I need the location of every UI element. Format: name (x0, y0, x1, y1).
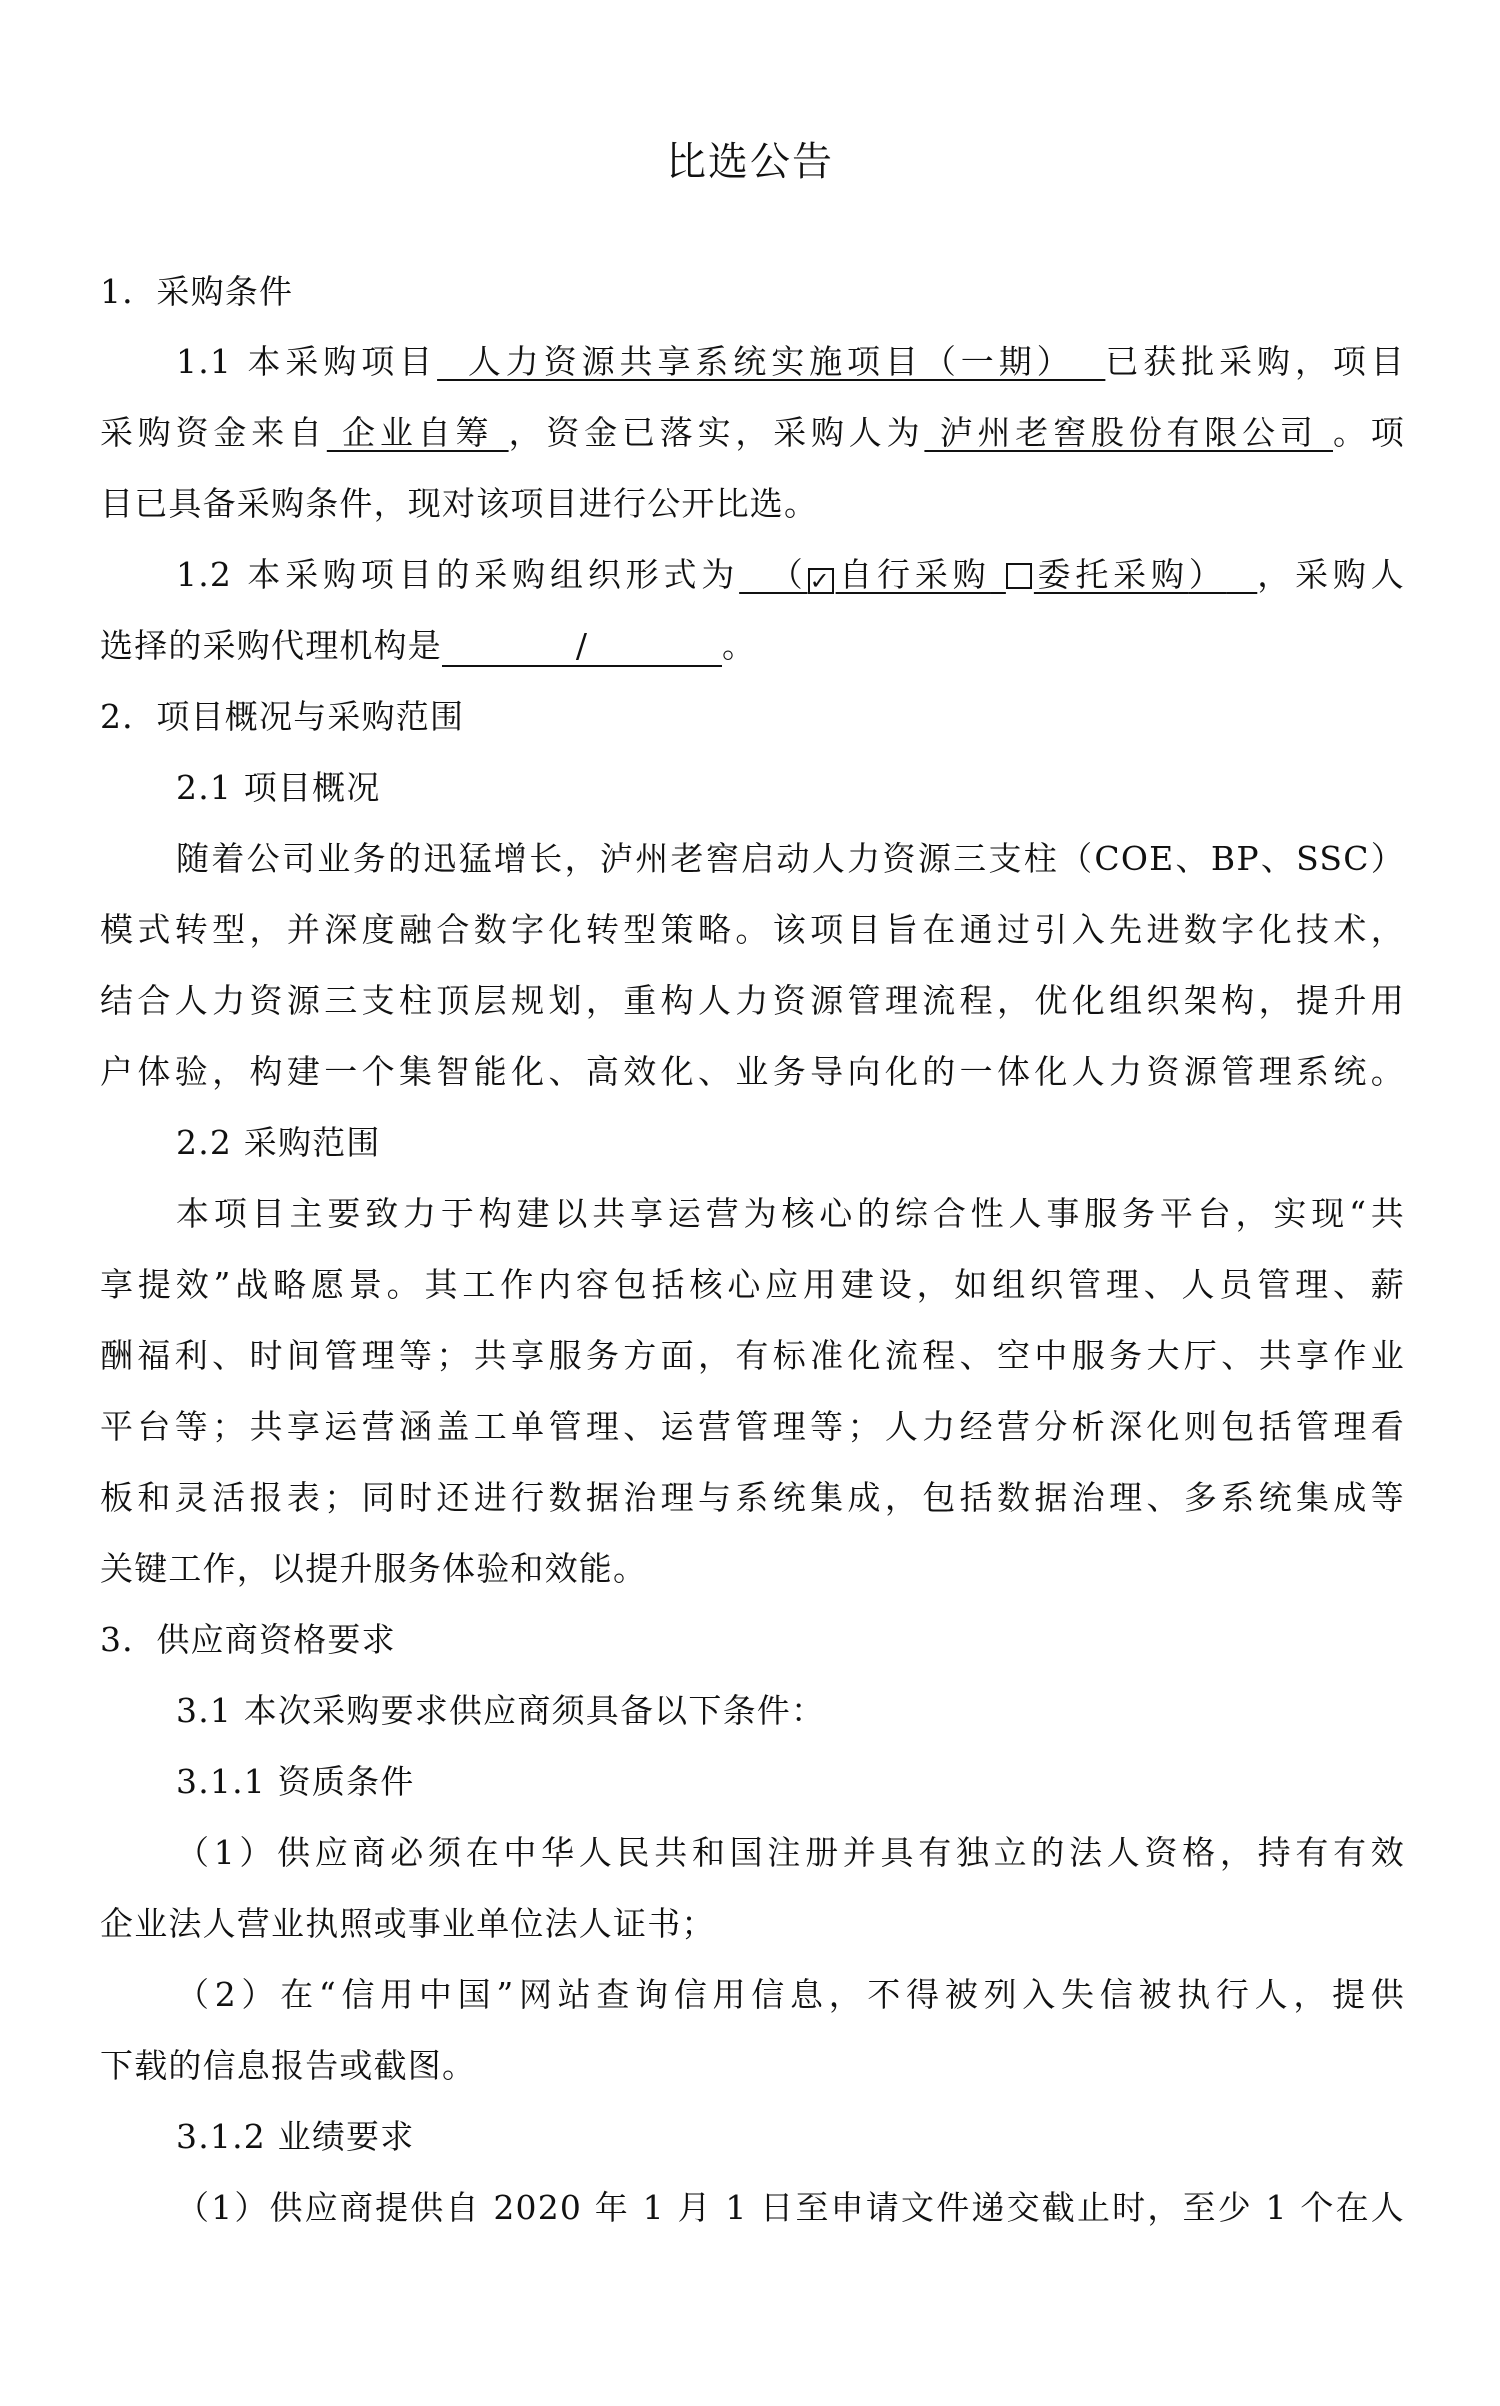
para-1-2-line-2: 选择的采购代理机构是/。 (100, 621, 1405, 671)
qualification-item-2-line: 下载的信息报告或截图。 (100, 2041, 1405, 2091)
para-2-1-line: 结合人力资源三支柱顶层规划，重构人力资源管理流程，优化组织架构，提升用 (100, 976, 1405, 1026)
agency-value: / (576, 626, 588, 665)
sub-3-1-2-heading: 3.1.2 业绩要求 (176, 2112, 1405, 2162)
agency-prefix: 选择的采购代理机构是 (100, 626, 442, 665)
qualification-item-1-line: 企业法人营业执照或事业单位法人证书； (100, 1899, 1405, 1949)
para-2-2-line: 本项目主要致力于构建以共享运营为核心的综合性人事服务平台，实现“共 (176, 1189, 1405, 1239)
para-1-1-line-2: 采购资金来自 企业自筹 ，资金已落实，采购人为 泸州老窖股份有限公司 。项 (100, 408, 1405, 458)
close-paren: ） (1189, 555, 1227, 594)
page-title: 比选公告 (0, 132, 1500, 192)
agency-suffix: 。 (722, 626, 756, 665)
entrusted-procurement-checkbox-icon (1006, 563, 1032, 589)
self-procurement-checkbox-icon: ✓ (808, 568, 834, 594)
para-1-2-line-1: 1.2 本采购项目的采购组织形式为 （✓自行采购 委托采购） ，采购人 (176, 550, 1405, 600)
para-1-1-prefix: 1.1 本采购项目 (176, 342, 437, 381)
para-2-1-line: 随着公司业务的迅猛增长，泸州老窖启动人力资源三支柱（COE、BP、SSC） (176, 834, 1405, 884)
para-1-2-suffix: ，采购人 (1257, 555, 1405, 594)
sub-2-1-heading: 2.1 项目概况 (176, 763, 1405, 813)
section-1-heading: 1．采购条件 (100, 267, 1405, 317)
document-page: 比选公告 1．采购条件 1.1 本采购项目 人力资源共享系统实施项目（一期） 已… (0, 0, 1500, 2406)
open-paren: （ (739, 555, 807, 594)
self-procurement-label: 自行采购 (836, 555, 991, 594)
section-2-heading: 2．项目概况与采购范围 (100, 692, 1405, 742)
entrusted-procurement-label: 委托采购 (1034, 555, 1189, 594)
para-2-1-line: 模式转型，并深度融合数字化转型策略。该项目旨在通过引入先进数字化技术， (100, 905, 1405, 955)
para-2-2-line: 酬福利、时间管理等；共享服务方面，有标准化流程、空中服务大厅、共享作业 (100, 1331, 1405, 1381)
para-1-1-line-1: 1.1 本采购项目 人力资源共享系统实施项目（一期） 已获批采购，项目 (176, 337, 1405, 387)
para-1-1-line-3: 目已具备采购条件，现对该项目进行公开比选。 (100, 479, 1405, 529)
sub-3-1-heading: 3.1 本次采购要求供应商须具备以下条件： (176, 1686, 1405, 1736)
fund-prefix: 采购资金来自 (100, 413, 327, 452)
para-1-1-mid: 已获批采购，项目 (1105, 342, 1405, 381)
section-3-heading: 3．供应商资格要求 (100, 1615, 1405, 1665)
purchaser-prefix: ，资金已落实，采购人为 (509, 413, 925, 452)
para-2-1-line: 户体验，构建一个集智能化、高效化、业务导向化的一体化人力资源管理系统。 (100, 1047, 1405, 1097)
para-2-2-line: 关键工作，以提升服务体验和效能。 (100, 1544, 1405, 1594)
sub-2-2-heading: 2.2 采购范围 (176, 1118, 1405, 1168)
qualification-item-2-line: （2）在“信用中国”网站查询信用信息，不得被列入失信被执行人，提供 (176, 1970, 1405, 2020)
para-2-2-line: 板和灵活报表；同时还进行数据治理与系统集成，包括数据治理、多系统集成等 (100, 1473, 1405, 1523)
fund-source-field: 企业自筹 (327, 413, 509, 452)
para-2-2-line: 享提效”战略愿景。其工作内容包括核心应用建设，如组织管理、人员管理、薪 (100, 1260, 1405, 1310)
performance-item-1-line: （1）供应商提供自 2020 年 1 月 1 日至申请文件递交截止时，至少 1 … (176, 2183, 1405, 2233)
purchaser-suffix: 。项 (1333, 413, 1405, 452)
purchaser-field: 泸州老窖股份有限公司 (924, 413, 1333, 452)
project-name-field: 人力资源共享系统实施项目（一期） (437, 342, 1105, 381)
para-2-2-line: 平台等；共享运营涵盖工单管理、运营管理等；人力经营分析深化则包括管理看 (100, 1402, 1405, 1452)
para-1-2-prefix: 1.2 本采购项目的采购组织形式为 (176, 555, 739, 594)
org-form-field: （✓自行采购 委托采购） (739, 555, 1257, 594)
sub-3-1-1-heading: 3.1.1 资质条件 (176, 1757, 1405, 1807)
qualification-item-1-line: （1）供应商必须在中华人民共和国注册并具有独立的法人资格，持有有效 (176, 1828, 1405, 1878)
agency-field: / (442, 625, 722, 667)
